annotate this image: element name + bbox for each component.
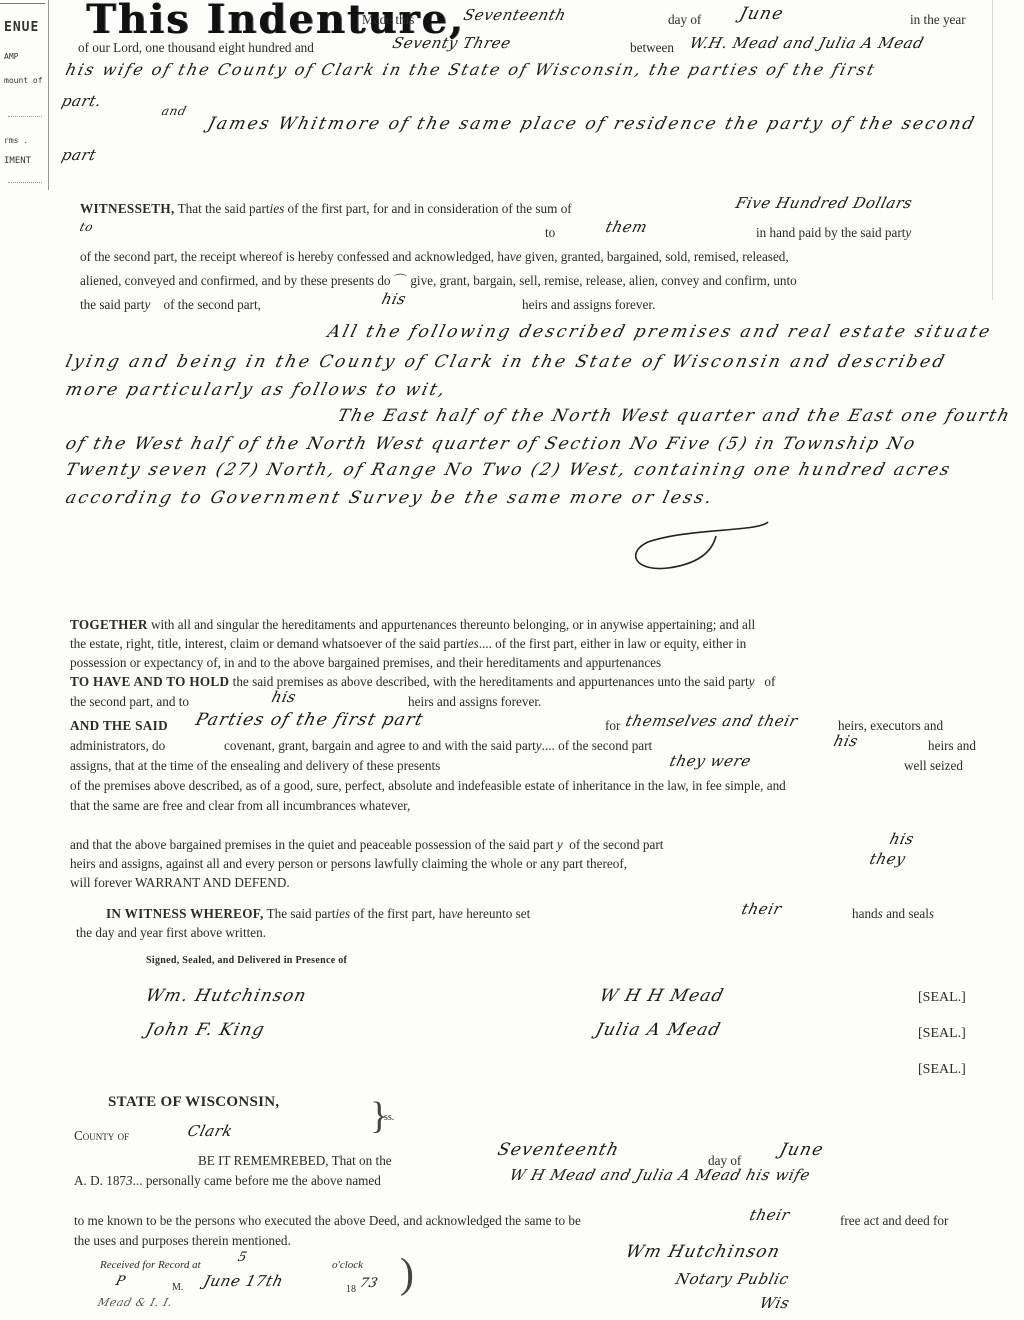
- year-value: Seventy Three: [391, 34, 513, 52]
- margin-text: rms .: [4, 136, 28, 145]
- margin-strip: ENUE AMP mount of rms . IMENT: [0, 0, 49, 190]
- together-line-2: the estate, right, title, interest, clai…: [70, 636, 746, 652]
- seal-label: [SEAL.]: [918, 990, 966, 1006]
- seal-label: [SEAL.]: [918, 1062, 966, 1078]
- they-were-value: they were: [668, 752, 753, 770]
- warrant-line-2: heirs and assigns, against all and every…: [70, 856, 627, 872]
- description-line: The East half of the North West quarter …: [336, 406, 1014, 426]
- for-value: themselves and their: [624, 712, 800, 730]
- remembered-line: BE IT REMEMREBED, That on the: [198, 1153, 392, 1169]
- handwritten-line: part: [60, 146, 99, 164]
- warrant-line-3: will forever WARRANT AND DEFEND.: [70, 875, 290, 891]
- meridiem-value: P: [114, 1274, 127, 1289]
- to-label: to: [545, 225, 555, 241]
- notary-state: Wis: [758, 1294, 792, 1312]
- divider: [8, 116, 42, 117]
- ss-label: ss.: [384, 1110, 394, 1126]
- to-have-line-1: TO HAVE AND TO HOLD the said premises as…: [70, 674, 775, 690]
- state-heading: STATE OF WISCONSIN,: [108, 1094, 279, 1110]
- together-label: TOGETHER: [70, 617, 148, 632]
- they-value: they: [868, 850, 908, 868]
- and-the-said-line-3: assigns, that at the time of the enseali…: [70, 758, 440, 774]
- made-this-label: Made this: [362, 12, 414, 28]
- and-the-said-label: AND THE SAID: [70, 718, 168, 734]
- and-the-said-line-4: of the premises above described, as of a…: [70, 778, 786, 794]
- record-date-value: June 17th: [202, 1272, 286, 1290]
- their-value: their: [740, 900, 784, 918]
- notary-signature: Wm Hutchinson: [624, 1242, 783, 1262]
- day-value: Seventeenth: [462, 6, 568, 24]
- free-act-label: free act and deed for: [840, 1213, 948, 1229]
- first-party-value: W.H. Mead and Julia A Mead: [688, 34, 926, 52]
- ack-line-4: the uses and purposes therein mentioned.: [74, 1233, 291, 1249]
- record-year-value: 73: [358, 1276, 379, 1291]
- ad-line: A. D. 1873... personally came before me …: [74, 1173, 381, 1189]
- and-the-said-line-2b: covenant, grant, bargain and agree to an…: [224, 738, 652, 754]
- his-value: his: [270, 688, 298, 706]
- between-label: between: [630, 40, 674, 56]
- witnesseth-label: WITNESSETH,: [80, 201, 175, 216]
- m-label: M.: [172, 1280, 183, 1296]
- margin-text: IMENT: [4, 156, 31, 166]
- sum-value: Five Hundred Dollars: [734, 194, 915, 212]
- witness-label: IN WITNESS WHEREOF,: [106, 906, 264, 921]
- divider: [0, 3, 45, 4]
- ack-line-3: to me known to be the persons who execut…: [74, 1213, 581, 1229]
- them-value: them: [604, 218, 650, 236]
- his-value: his: [380, 290, 408, 308]
- witnesseth-line-1: WITNESSETH, That the said parties of the…: [80, 201, 572, 217]
- brace-icon: ): [400, 1252, 414, 1296]
- fill: to: [78, 220, 95, 234]
- handwritten-line: part.: [60, 92, 104, 110]
- and-mark: and: [160, 104, 188, 118]
- and-the-said-line-2: administrators, do: [70, 738, 165, 754]
- their-value: their: [748, 1206, 792, 1224]
- for-label: for: [605, 718, 620, 734]
- witnesseth-line-3: of the second part, the receipt whereof …: [80, 249, 789, 265]
- witness-line-1: IN WITNESS WHEREOF, The said parties of …: [106, 906, 530, 922]
- description-line: lying and being in the County of Clark i…: [64, 352, 949, 372]
- ack-names-value: W H Mead and Julia A Mead his wife: [508, 1166, 813, 1184]
- witness-signature: John F. King: [144, 1020, 268, 1040]
- ack-day-value: Seventeenth: [496, 1140, 622, 1160]
- received-label: Received for Record at: [100, 1257, 201, 1273]
- divider: [992, 0, 993, 300]
- to-have-line-2: the second part, and to: [70, 694, 189, 710]
- witnesseth-line-5: the said party of the second part,: [80, 297, 261, 313]
- day-of-label: day of: [668, 12, 701, 28]
- witnesseth-line-4: aliened, conveyed and confirmed, and by …: [80, 273, 797, 289]
- witness-line-2: the day and year first above written.: [76, 925, 266, 941]
- month-value: June: [738, 4, 787, 24]
- seal-label: [SEAL.]: [918, 1026, 966, 1042]
- notary-title: Notary Public: [674, 1270, 791, 1288]
- witnesseth-line-2: in hand paid by the said party: [756, 225, 911, 241]
- divider: [8, 182, 42, 183]
- heirs-label: heirs and assigns forever.: [522, 297, 655, 313]
- county-label: County of: [74, 1128, 129, 1144]
- description-line: according to Government Survey be the sa…: [64, 488, 716, 508]
- year-prefix: 18: [346, 1282, 356, 1298]
- description-line: Twenty seven (27) North, of Range No Two…: [64, 460, 954, 480]
- his-value: his: [888, 830, 916, 848]
- to-have-label: TO HAVE AND TO HOLD: [70, 674, 229, 689]
- description-line: All the following described premises and…: [326, 322, 995, 342]
- warrant-line-1: and that the above bargained premises in…: [70, 837, 663, 853]
- description-line: of the West half of the North West quart…: [64, 434, 919, 454]
- county-value: Clark: [186, 1122, 235, 1140]
- fill: ies: [270, 201, 285, 216]
- together-line-1: TOGETHER with all and singular the hered…: [70, 617, 755, 633]
- description-line: more particularly as follows to wit,: [64, 380, 449, 400]
- margin-text: mount of: [4, 76, 43, 85]
- ack-month-value: June: [778, 1140, 827, 1160]
- oclock-label: o'clock: [332, 1257, 363, 1273]
- in-the-year-label: in the year: [910, 12, 966, 28]
- margin-text: AMP: [4, 52, 18, 61]
- signed-label: Signed, Sealed, and Delivered in Presenc…: [146, 953, 347, 969]
- hands-seals: hands and seals: [852, 906, 934, 922]
- record-extra: Mead & I. I.: [96, 1296, 174, 1309]
- margin-text: ENUE: [4, 20, 39, 35]
- grantor-signature: W H H Mead: [598, 986, 727, 1006]
- parties-value: Parties of the first part: [194, 710, 426, 730]
- hour-value: 5: [236, 1250, 249, 1265]
- witness-signature: Wm. Hutchinson: [144, 986, 310, 1006]
- grantor-signature: Julia A Mead: [594, 1020, 724, 1040]
- and-the-said-line-5: that the same are free and clear from al…: [70, 798, 410, 814]
- seized-label: well seized: [904, 758, 963, 774]
- year-label: of our Lord, one thousand eight hundred …: [78, 40, 314, 56]
- flourish-icon: [628, 520, 778, 580]
- handwritten-line: his wife of the County of Clark in the S…: [64, 60, 879, 79]
- heirs-label: heirs and: [928, 738, 976, 754]
- his-value: his: [832, 732, 860, 750]
- second-party-value: James Whitmore of the same place of resi…: [206, 114, 979, 134]
- heirs-label: heirs and assigns forever.: [408, 694, 541, 710]
- together-line-3: possession or expectancy of, in and to t…: [70, 655, 661, 671]
